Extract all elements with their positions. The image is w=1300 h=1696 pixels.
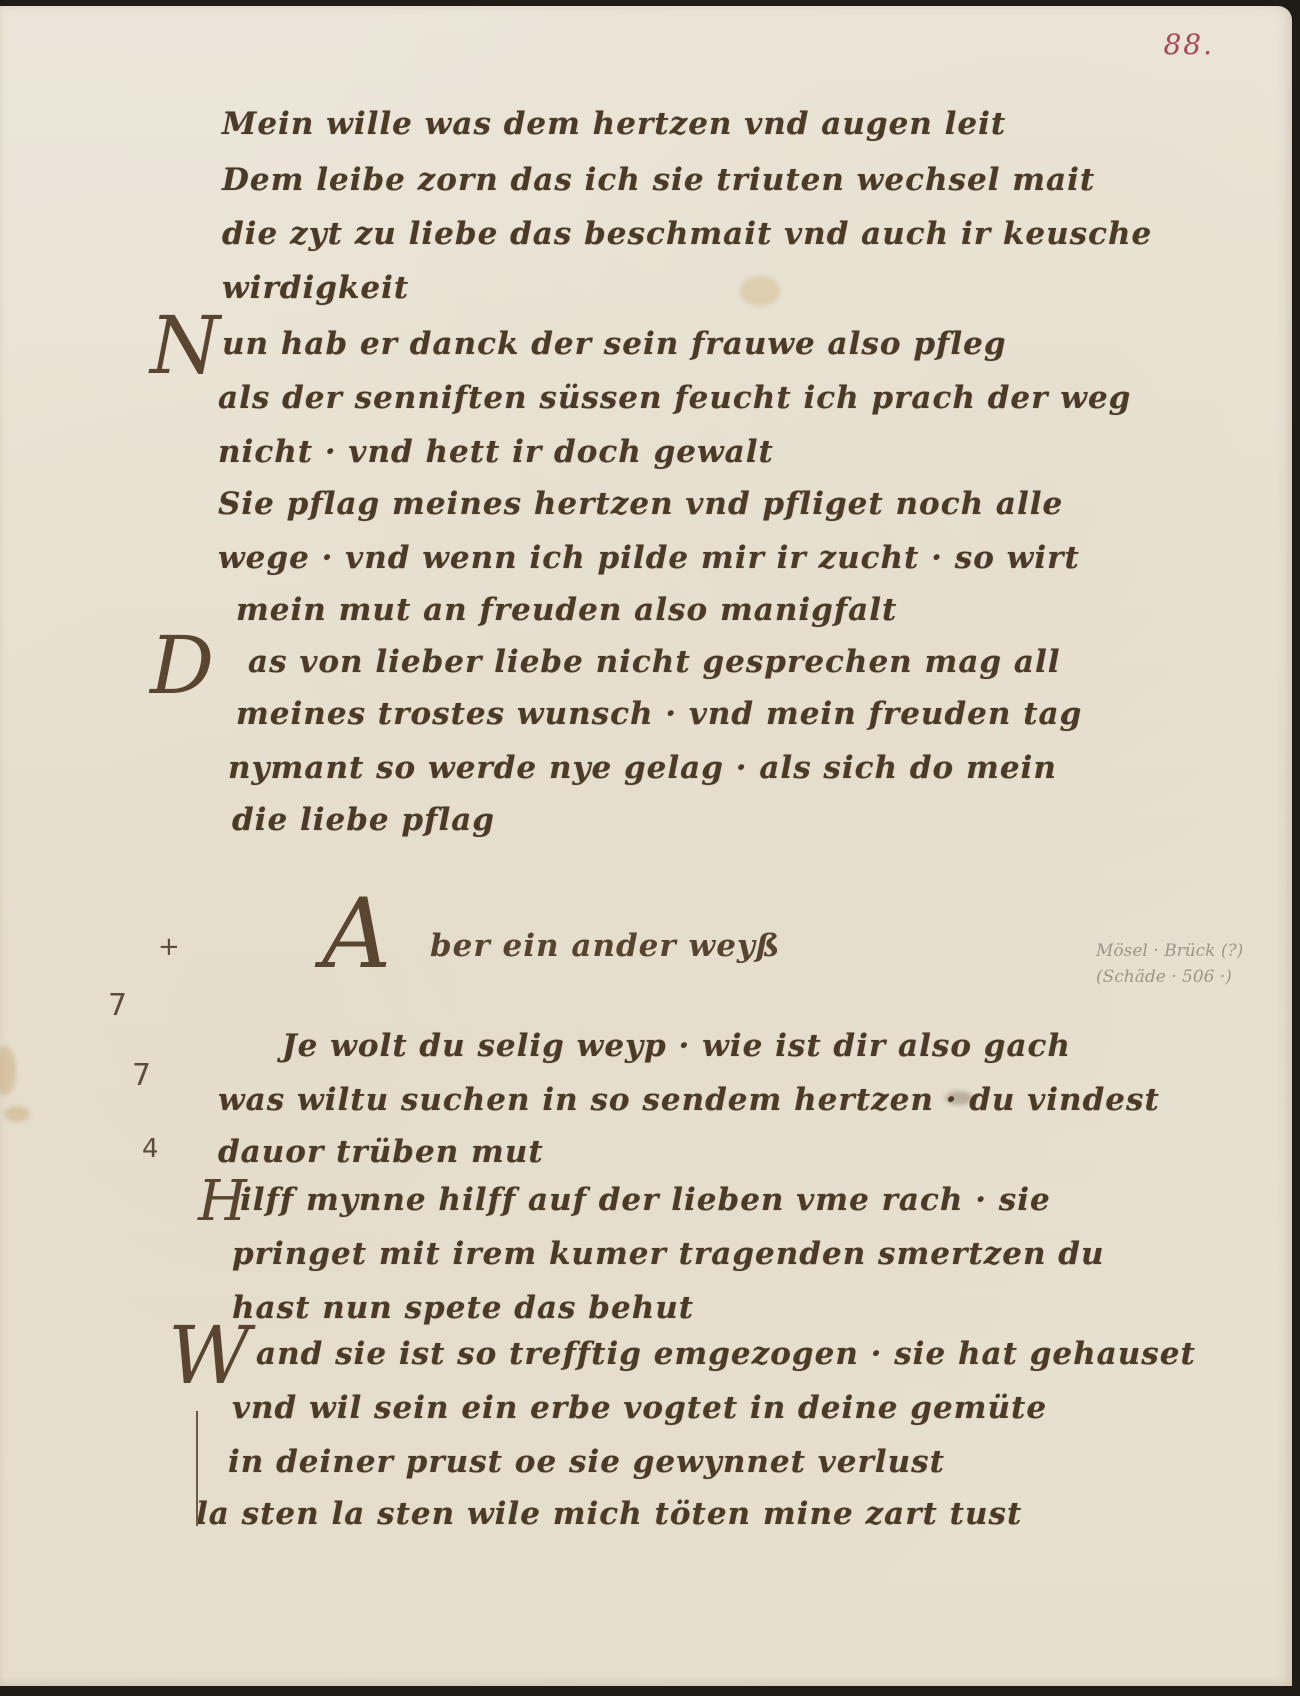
text-line: meines trostes wunsch · vnd mein freuden… <box>236 696 1082 732</box>
text-line: Sie pflag meines hertzen vnd pfliget noc… <box>218 486 1063 522</box>
text-line: hast nun spete das behut <box>232 1290 694 1326</box>
text-line: la sten la sten wile mich töten mine zar… <box>196 1496 1022 1532</box>
decorated-initial: N <box>150 306 220 386</box>
text-line: Mein wille was dem hertzen vnd augen lei… <box>222 106 1006 142</box>
margin-mark: 7 <box>108 988 127 1023</box>
text-line: wege · vnd wenn ich pilde mir ir zucht ·… <box>218 540 1080 576</box>
text-line: pringet mit irem kumer tragenden smertze… <box>232 1236 1105 1272</box>
manuscript-page: 88. Mein wille was dem hertzen vnd augen… <box>0 6 1292 1686</box>
margin-mark: 4 <box>142 1134 159 1164</box>
heading-initial: A <box>322 886 391 982</box>
text-line: Je wolt du selig weyp · wie ist dir also… <box>282 1028 1071 1064</box>
section-heading: ber ein ander weyß <box>430 928 780 964</box>
margin-mark-cross: + <box>158 932 180 962</box>
text-line: ilff mynne hilff auf der lieben vme rach… <box>240 1182 1051 1218</box>
text-line: nymant so werde nye gelag · als sich do … <box>228 750 1057 786</box>
margin-mark: 7 <box>132 1058 151 1093</box>
text-line: wirdigkeit <box>222 270 409 306</box>
text-line: un hab er danck der sein frauwe also pfl… <box>222 326 1007 362</box>
pencil-annotation-line: Mösel · Brück (?) <box>1096 938 1243 964</box>
text-line: Dem leibe zorn das ich sie triuten wechs… <box>222 162 1095 198</box>
text-line: was wiltu suchen in so sendem hertzen · … <box>218 1082 1160 1118</box>
text-line: dauor trüben mut <box>218 1134 544 1170</box>
text-line: als der senniften süssen feucht ich prac… <box>218 380 1131 416</box>
text-line: die liebe pflag <box>232 802 495 838</box>
text-line: vnd wil sein ein erbe vogtet in deine ge… <box>232 1390 1047 1426</box>
decorated-initial: W <box>168 1316 250 1396</box>
text-line: as von lieber liebe nicht gesprechen mag… <box>248 644 1061 680</box>
decorated-initial: D <box>150 626 214 706</box>
text-line: in deiner prust oe sie gewynnet verlust <box>228 1444 945 1480</box>
text-line: die zyt zu liebe das beschmait vnd auch … <box>222 216 1152 252</box>
margin-bracket <box>196 1411 198 1526</box>
pencil-annotation-line: (Schäde · 506 ·) <box>1096 964 1243 990</box>
text-line: and sie ist so trefftig emgezogen · sie … <box>256 1336 1196 1372</box>
text-line: nicht · vnd hett ir doch gewalt <box>218 434 774 470</box>
pencil-annotation: Mösel · Brück (?) (Schäde · 506 ·) <box>1096 938 1243 990</box>
manuscript-text: Mein wille was dem hertzen vnd augen lei… <box>0 6 1292 1686</box>
text-line: mein mut an freuden also manigfalt <box>236 592 897 628</box>
